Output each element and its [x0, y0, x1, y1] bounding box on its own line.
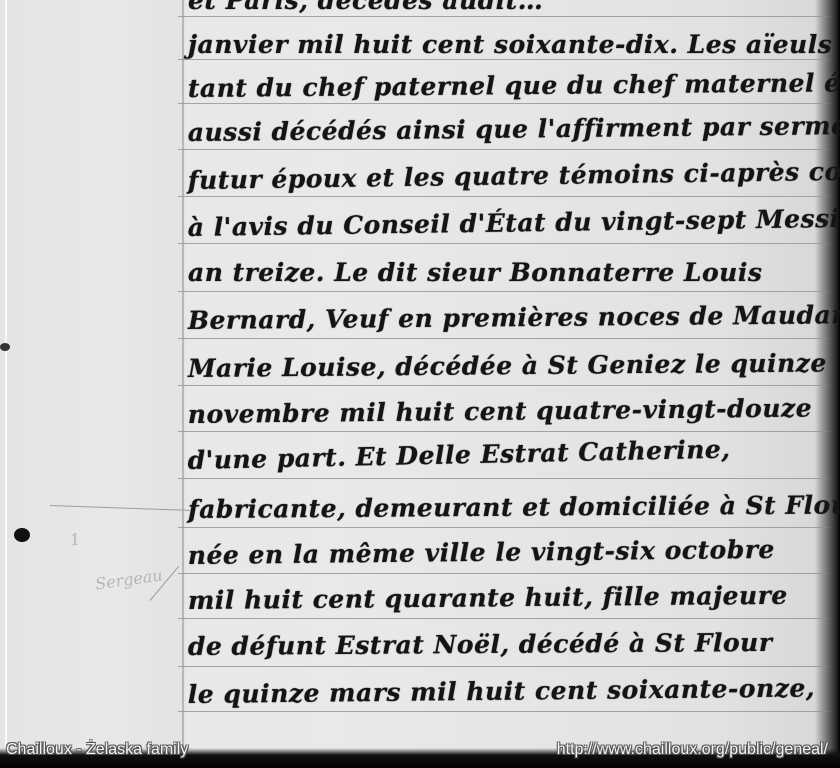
- handwritten-line: mil huit cent quarante huit, fille majeu…: [188, 581, 788, 615]
- handwritten-line: aussi décédés ainsi que l'affirment par …: [188, 110, 840, 147]
- handwritten-line: le quinze mars mil huit cent soixante-on…: [188, 673, 815, 709]
- handwritten-line: à l'avis du Conseil d'État du vingt-sept…: [188, 203, 840, 242]
- margin-rule: [182, 0, 184, 768]
- handwritten-line: de défunt Estrat Noël, décédé à St Flour: [188, 628, 773, 661]
- family-caption: Chailloux - Żelaska family: [6, 741, 188, 759]
- handwritten-line: an treize. Le dit sieur Bonnaterre Louis: [188, 258, 762, 287]
- handwritten-line: futur époux et les quatre témoins ci-apr…: [188, 154, 840, 195]
- handwritten-line: née en la même ville le vingt-six octobr…: [188, 535, 775, 570]
- ink-blot: [14, 528, 30, 542]
- handwritten-line: et Paris, décédés audit…: [188, 0, 543, 15]
- handwritten-line: Marie Louise, décédée à St Geniez le qui…: [188, 348, 827, 383]
- handwritten-text-block: et Paris, décédés audit… janvier mil hui…: [188, 0, 828, 730]
- handwritten-line: d'une part. Et Delle Estrat Catherine,: [187, 435, 730, 475]
- source-url-caption: http://www.chailloux.org/public/geneal/: [557, 741, 828, 759]
- handwritten-line: Bernard, Veuf en premières noces de Maud…: [188, 300, 840, 335]
- handwritten-line: janvier mil huit cent soixante-dix. Les …: [188, 30, 832, 59]
- handwritten-line: fabricante, demeurant et domiciliée à St…: [188, 490, 840, 524]
- left-margin: [0, 0, 185, 768]
- scanned-document-page: 1 Sergeau et Paris, décédés audit… janvi…: [0, 0, 840, 768]
- handwritten-line: tant du chef paternel que du chef matern…: [188, 68, 840, 103]
- ink-blot: [0, 343, 10, 351]
- page-fold-line: [5, 0, 7, 768]
- handwritten-line: novembre mil huit cent quatre-vingt-douz…: [188, 393, 812, 429]
